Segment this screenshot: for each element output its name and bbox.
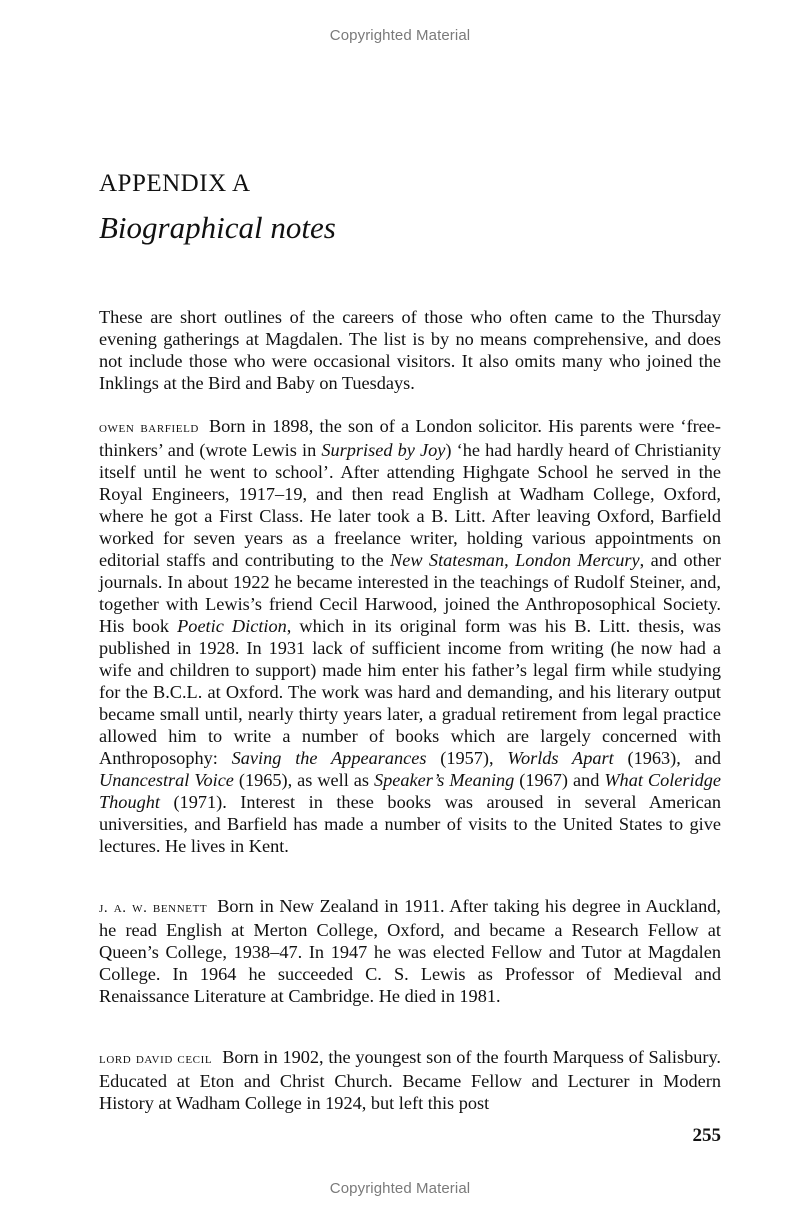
italic-title: Poetic Diction — [177, 616, 287, 636]
intro-paragraph-block: These are short outlines of the careers … — [99, 306, 721, 394]
entry-text: Born in 1898, the son of a London solici… — [99, 416, 721, 856]
biography-entry-cecil: Lord David CecilBorn in 1902, the younge… — [99, 1046, 721, 1114]
biography-entry-bennett: J. A. W. BennettBorn in New Zealand in 1… — [99, 895, 721, 1007]
appendix-label: APPENDIX A — [99, 170, 251, 198]
italic-title: Saving the Appearances — [232, 748, 427, 768]
intro-paragraph: These are short outlines of the careers … — [99, 306, 721, 394]
italic-title: Worlds Apart — [507, 748, 613, 768]
text-segment: (1957), — [426, 748, 507, 768]
copyright-watermark-top: Copyrighted Material — [0, 27, 800, 44]
page-title: Biographical notes — [99, 210, 336, 246]
text-segment: (1971). Interest in these books was arou… — [99, 792, 721, 856]
italic-title: London Mercury — [515, 550, 640, 570]
italic-title: New Statesman — [390, 550, 504, 570]
italic-title: Speaker’s Meaning — [374, 770, 514, 790]
text-segment: (1963), and — [614, 748, 721, 768]
text-segment: , which in its original form was his B. … — [99, 616, 721, 768]
page-number: 255 — [693, 1125, 722, 1147]
text-segment: (1967) and — [514, 770, 604, 790]
entry-name: Lord David Cecil — [99, 1051, 212, 1067]
entry-paragraph: Owen BarfieldBorn in 1898, the son of a … — [99, 415, 721, 857]
copyright-watermark-bottom: Copyrighted Material — [0, 1180, 800, 1197]
text-segment: , — [504, 550, 515, 570]
entry-name: J. A. W. Bennett — [99, 900, 207, 916]
entry-paragraph: Lord David CecilBorn in 1902, the younge… — [99, 1046, 721, 1114]
entry-name: Owen Barfield — [99, 420, 199, 436]
italic-title: Surprised by Joy — [321, 440, 445, 460]
italic-title: Unancestral Voice — [99, 770, 234, 790]
entry-paragraph: J. A. W. BennettBorn in New Zealand in 1… — [99, 895, 721, 1007]
text-segment: (1965), as well as — [234, 770, 374, 790]
biography-entry-barfield: Owen BarfieldBorn in 1898, the son of a … — [99, 415, 721, 857]
